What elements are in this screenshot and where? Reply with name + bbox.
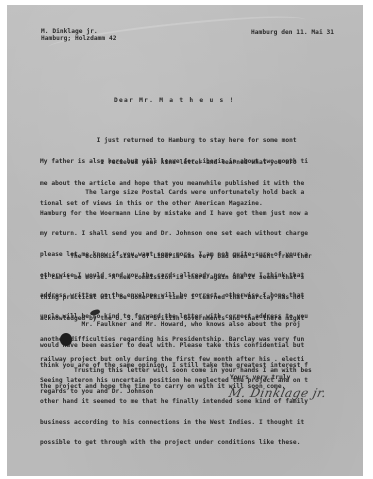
text-line: The large size Postal Cards were unfortu… [40, 190, 308, 197]
text-line: Mr. Faulkner and Mr. Howard, who knows a… [40, 322, 308, 329]
text-line: Hamburg for the Woermann Line by mistake… [40, 211, 308, 218]
text-line: possible to get through with the project… [40, 440, 312, 447]
text-line: would have been easier to deal with. Ple… [40, 343, 308, 350]
text-line: it can't be worse. A new commission is t… [40, 275, 312, 282]
text-line: business according to his connections in… [40, 420, 312, 427]
closing: Yours very truly [230, 375, 290, 382]
handwritten-signature: M. Dinklage jr. [228, 386, 328, 400]
text-line: The economic state of Liberia was very b… [40, 254, 312, 261]
salutation: Dear Mr. M a t h e u s ! [114, 98, 235, 105]
letter-page: M. Dinklage jr.Hamburg; Holzdamm 42 Hamb… [7, 5, 363, 476]
sender-address: M. Dinklage jr.Hamburg; Holzdamm 42 [41, 29, 117, 43]
text-line: I just returned to Hamburg to stay here … [40, 138, 308, 145]
ink-blot [60, 333, 72, 346]
letter-date: Hamburg den 11. Mai 31 [251, 30, 334, 37]
text-line: my return. I shall send you and Dr. John… [40, 231, 308, 238]
text-line: I recieved your kind letter and learned … [40, 160, 304, 167]
text-line: thing practical will be done this time. … [40, 295, 312, 302]
sender-street: Hamburg; Holzdamm 42 [41, 36, 117, 43]
